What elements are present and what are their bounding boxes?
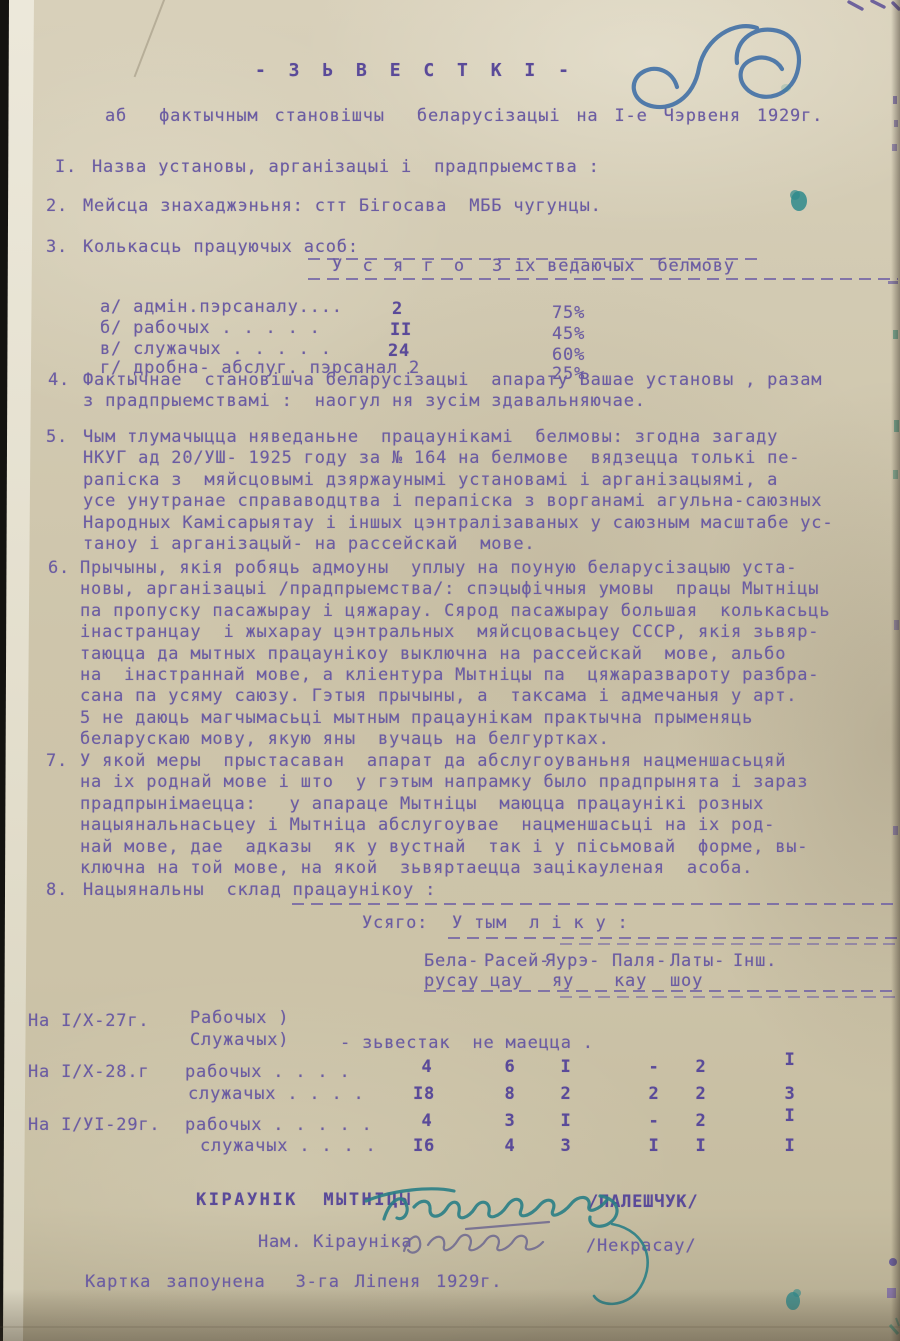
item7-text: У якой меры прыстасаван апарат да абслуг… xyxy=(80,751,808,879)
item3-number: 3. xyxy=(46,237,68,258)
table8-1928-clerks-value: 3 xyxy=(784,1084,795,1105)
table8-1929-clerks-value: І xyxy=(695,1136,706,1157)
item1-text: Назва установы, арганізацыі і прадпрыемс… xyxy=(92,157,600,178)
table8-1928-workers-value: 4 xyxy=(421,1057,432,1078)
item4-text: Фактычнае становішча беларусізацыі апара… xyxy=(83,370,822,413)
table8-colhead-poles: Паля- xyxy=(612,951,667,972)
scan-right-edge-shadow xyxy=(891,0,900,1341)
item8-text: Нацыянальны склад працаунікоу : xyxy=(83,880,436,901)
table8-period-1929: На І/УІ-29г. xyxy=(28,1115,160,1136)
table8-1929-clerks-value: І6 xyxy=(413,1136,435,1157)
table8-1929-workers-value: - xyxy=(648,1111,659,1132)
table8-1928-clerks-value: І8 xyxy=(413,1084,435,1105)
table8-1929-workers-value: 3 xyxy=(504,1111,515,1132)
item3-text: Колькасць працуючых асоб: xyxy=(83,237,359,258)
table8-colhead-others: Інш. xyxy=(733,951,777,972)
table3-row-percent: 75% xyxy=(552,303,585,324)
item6-number: 6. xyxy=(48,558,70,579)
table8-dashed-rule-top xyxy=(292,903,898,905)
table8-1928-workers-value: 6 xyxy=(504,1057,515,1078)
table8-1927-workers-label: Рабочых ) xyxy=(190,1008,289,1029)
item1-number: І. xyxy=(55,157,77,178)
table8-1928-workers-label: рабочых . . . . xyxy=(185,1062,351,1083)
table8-colhead-latvians: Латы- xyxy=(670,951,725,972)
table8-1928-clerks-value: 2 xyxy=(695,1084,706,1105)
table8-1929-workers-value: 4 xyxy=(421,1111,432,1132)
table8-1929-workers-value: І xyxy=(560,1111,571,1132)
signature-deputy-role: Нам. Кірауніка xyxy=(258,1232,413,1253)
table8-1928-workers-value: - xyxy=(648,1057,659,1078)
item6-text: Прычыны, якія робяць адмоуны уплыу на по… xyxy=(80,558,830,751)
table8-1927-clerks-label: Служачых) xyxy=(190,1030,289,1051)
table8-1927-note: - зьвестак не маецца . xyxy=(340,1033,594,1054)
table8-1928-workers-value: 2 xyxy=(695,1057,706,1078)
table3-row-label: а/ адмін.пэрсаналу.... xyxy=(100,297,343,318)
item5-number: 5. xyxy=(46,427,68,448)
item5-text: Чым тлумачыцца няведаньне працаунікамі б… xyxy=(83,427,833,555)
table8-1929-clerks-value: 3 xyxy=(560,1136,571,1157)
table8-1928-clerks-label: служачых . . . . xyxy=(188,1084,365,1105)
table8-1929-clerks-value: І xyxy=(648,1136,659,1157)
table8-1928-clerks-value: 8 xyxy=(504,1084,515,1105)
table8-period-1928: На І/Х-28.г xyxy=(28,1062,149,1083)
table8-1929-clerks-value: І xyxy=(784,1136,795,1157)
table8-including-underline-2 xyxy=(560,943,898,945)
table8-1928-workers-value: І xyxy=(560,1057,571,1078)
table3-dashed-rule-bottom xyxy=(308,278,898,280)
scan-bottom-shadow xyxy=(0,1289,900,1341)
item8-number: 8. xyxy=(46,880,68,901)
document-subtitle: аб фактычным становішчы беларусізацыі на… xyxy=(105,106,823,127)
document-title: - З Ь В Е С Т К І - xyxy=(255,60,575,81)
table8-1929-workers-label: рабочых . . . . . xyxy=(185,1115,373,1136)
table8-colheads-underline-2 xyxy=(560,996,898,998)
table8-1929-workers-value: І xyxy=(784,1106,795,1127)
table8-1929-clerks-value: 4 xyxy=(504,1136,515,1157)
table8-period-1927: На І/Х-27г. xyxy=(28,1011,149,1032)
table3-row-percent: 45% xyxy=(552,324,585,345)
table8-1928-workers-value: І xyxy=(784,1050,795,1071)
table3-row-count: ІІ xyxy=(390,320,412,341)
table8-1929-workers-value: 2 xyxy=(695,1111,706,1132)
table3-row-count: 2 xyxy=(392,299,403,320)
item4-number: 4. xyxy=(48,370,70,391)
table8-including-label: У тым л і к у : xyxy=(452,913,629,934)
table8-total-label: Усяго: xyxy=(362,913,428,934)
table8-colhead-belarusians: Бела- xyxy=(424,951,479,972)
table8-1928-clerks-value: 2 xyxy=(648,1084,659,1105)
signature-head-typed-name: /ПАЛЕШЧУК/ xyxy=(588,1192,698,1213)
table8-including-underline xyxy=(448,937,898,939)
scanned-document: - З Ь В Е С Т К І - аб фактычным станові… xyxy=(0,0,900,1341)
table8-colhead-jews: Яурэ- xyxy=(545,951,600,972)
table8-1928-clerks-value: 2 xyxy=(560,1084,571,1105)
table8-colhead-russians: Расей- xyxy=(484,951,550,972)
table3-header-total: У с я г о xyxy=(332,256,469,277)
item7-number: 7. xyxy=(46,751,68,772)
item2-number: 2. xyxy=(46,196,68,217)
table3-header-known: З іх ведаючых белмову xyxy=(492,256,735,277)
table8-colheads-underline xyxy=(424,990,898,992)
table3-row-label: б/ рабочых . . . . . xyxy=(100,318,321,339)
item2-text: Мейсца знахаджэньня: стт Бігосава МББ чу… xyxy=(83,196,602,217)
table8-1929-clerks-label: служачых . . . . xyxy=(200,1136,377,1157)
signature-deputy-typed-name: /Некрасау/ xyxy=(586,1236,696,1257)
signature-head-role: КІРАУНІК МЫТНІЦЫ xyxy=(196,1190,413,1211)
